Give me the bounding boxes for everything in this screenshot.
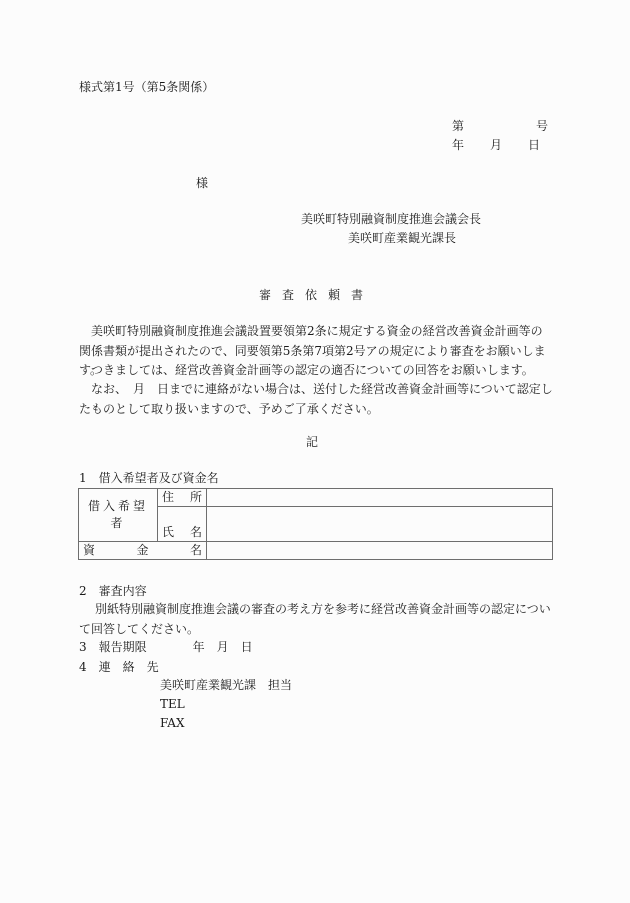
- section-2-heading: 2 審査内容: [79, 583, 147, 599]
- sender-line-1: 美咲町特別融資制度推進会議会長: [301, 211, 481, 227]
- section-3: 3 報告期限年 月 日: [79, 639, 253, 655]
- addressee-honorific: 様: [196, 175, 208, 191]
- fund-label: 資金名: [79, 542, 207, 560]
- section-4-heading: 4 連 絡 先: [79, 659, 159, 675]
- date-line: 年月日: [452, 137, 540, 153]
- applicant-label: 借入希望者: [79, 489, 158, 542]
- body-paragraph-3: なお、 月 日までに連絡がない場合は、送付した経営改善資金計画等について認定した…: [79, 380, 553, 419]
- section-1-heading: 1 借入希望者及び資金名: [79, 470, 219, 486]
- body-paragraph-2: つきましては、経営改善資金計画等の認定の適否についての回答をお願いします。: [79, 361, 553, 381]
- form-number: 様式第1号（第5条関係）: [79, 79, 214, 95]
- section-3-heading: 3 報告期限: [79, 640, 147, 654]
- contact-fax: FAX: [160, 715, 185, 731]
- doc-number-suffix: 号: [536, 119, 548, 133]
- table-row-fund: 資金名: [79, 542, 553, 560]
- applicant-table: 借入希望者 住所 氏名 資金名: [78, 488, 553, 560]
- document-title: 審査依頼書: [259, 287, 374, 303]
- ki-marker: 記: [306, 434, 318, 450]
- contact-tel: TEL: [160, 696, 185, 712]
- name-label: 氏名: [158, 507, 207, 542]
- document-number-line: 第号: [452, 118, 548, 134]
- table-row-address: 借入希望者 住所: [79, 489, 553, 507]
- fund-value: [207, 542, 553, 560]
- date-year: 年: [452, 138, 464, 152]
- date-month: 月: [490, 138, 502, 152]
- section-2-text: 別紙特別融資制度推進会議の審査の考え方を参考に経営改善資金計画等の認定について回…: [79, 600, 553, 639]
- address-value: [207, 489, 553, 507]
- address-label: 住所: [158, 489, 207, 507]
- name-value: [207, 507, 553, 542]
- date-day: 日: [528, 138, 540, 152]
- report-deadline-date: 年 月 日: [193, 640, 253, 654]
- contact-department: 美咲町産業観光課 担当: [160, 677, 292, 693]
- sender-line-2: 美咲町産業観光課長: [348, 230, 456, 246]
- doc-number-prefix: 第: [452, 119, 464, 133]
